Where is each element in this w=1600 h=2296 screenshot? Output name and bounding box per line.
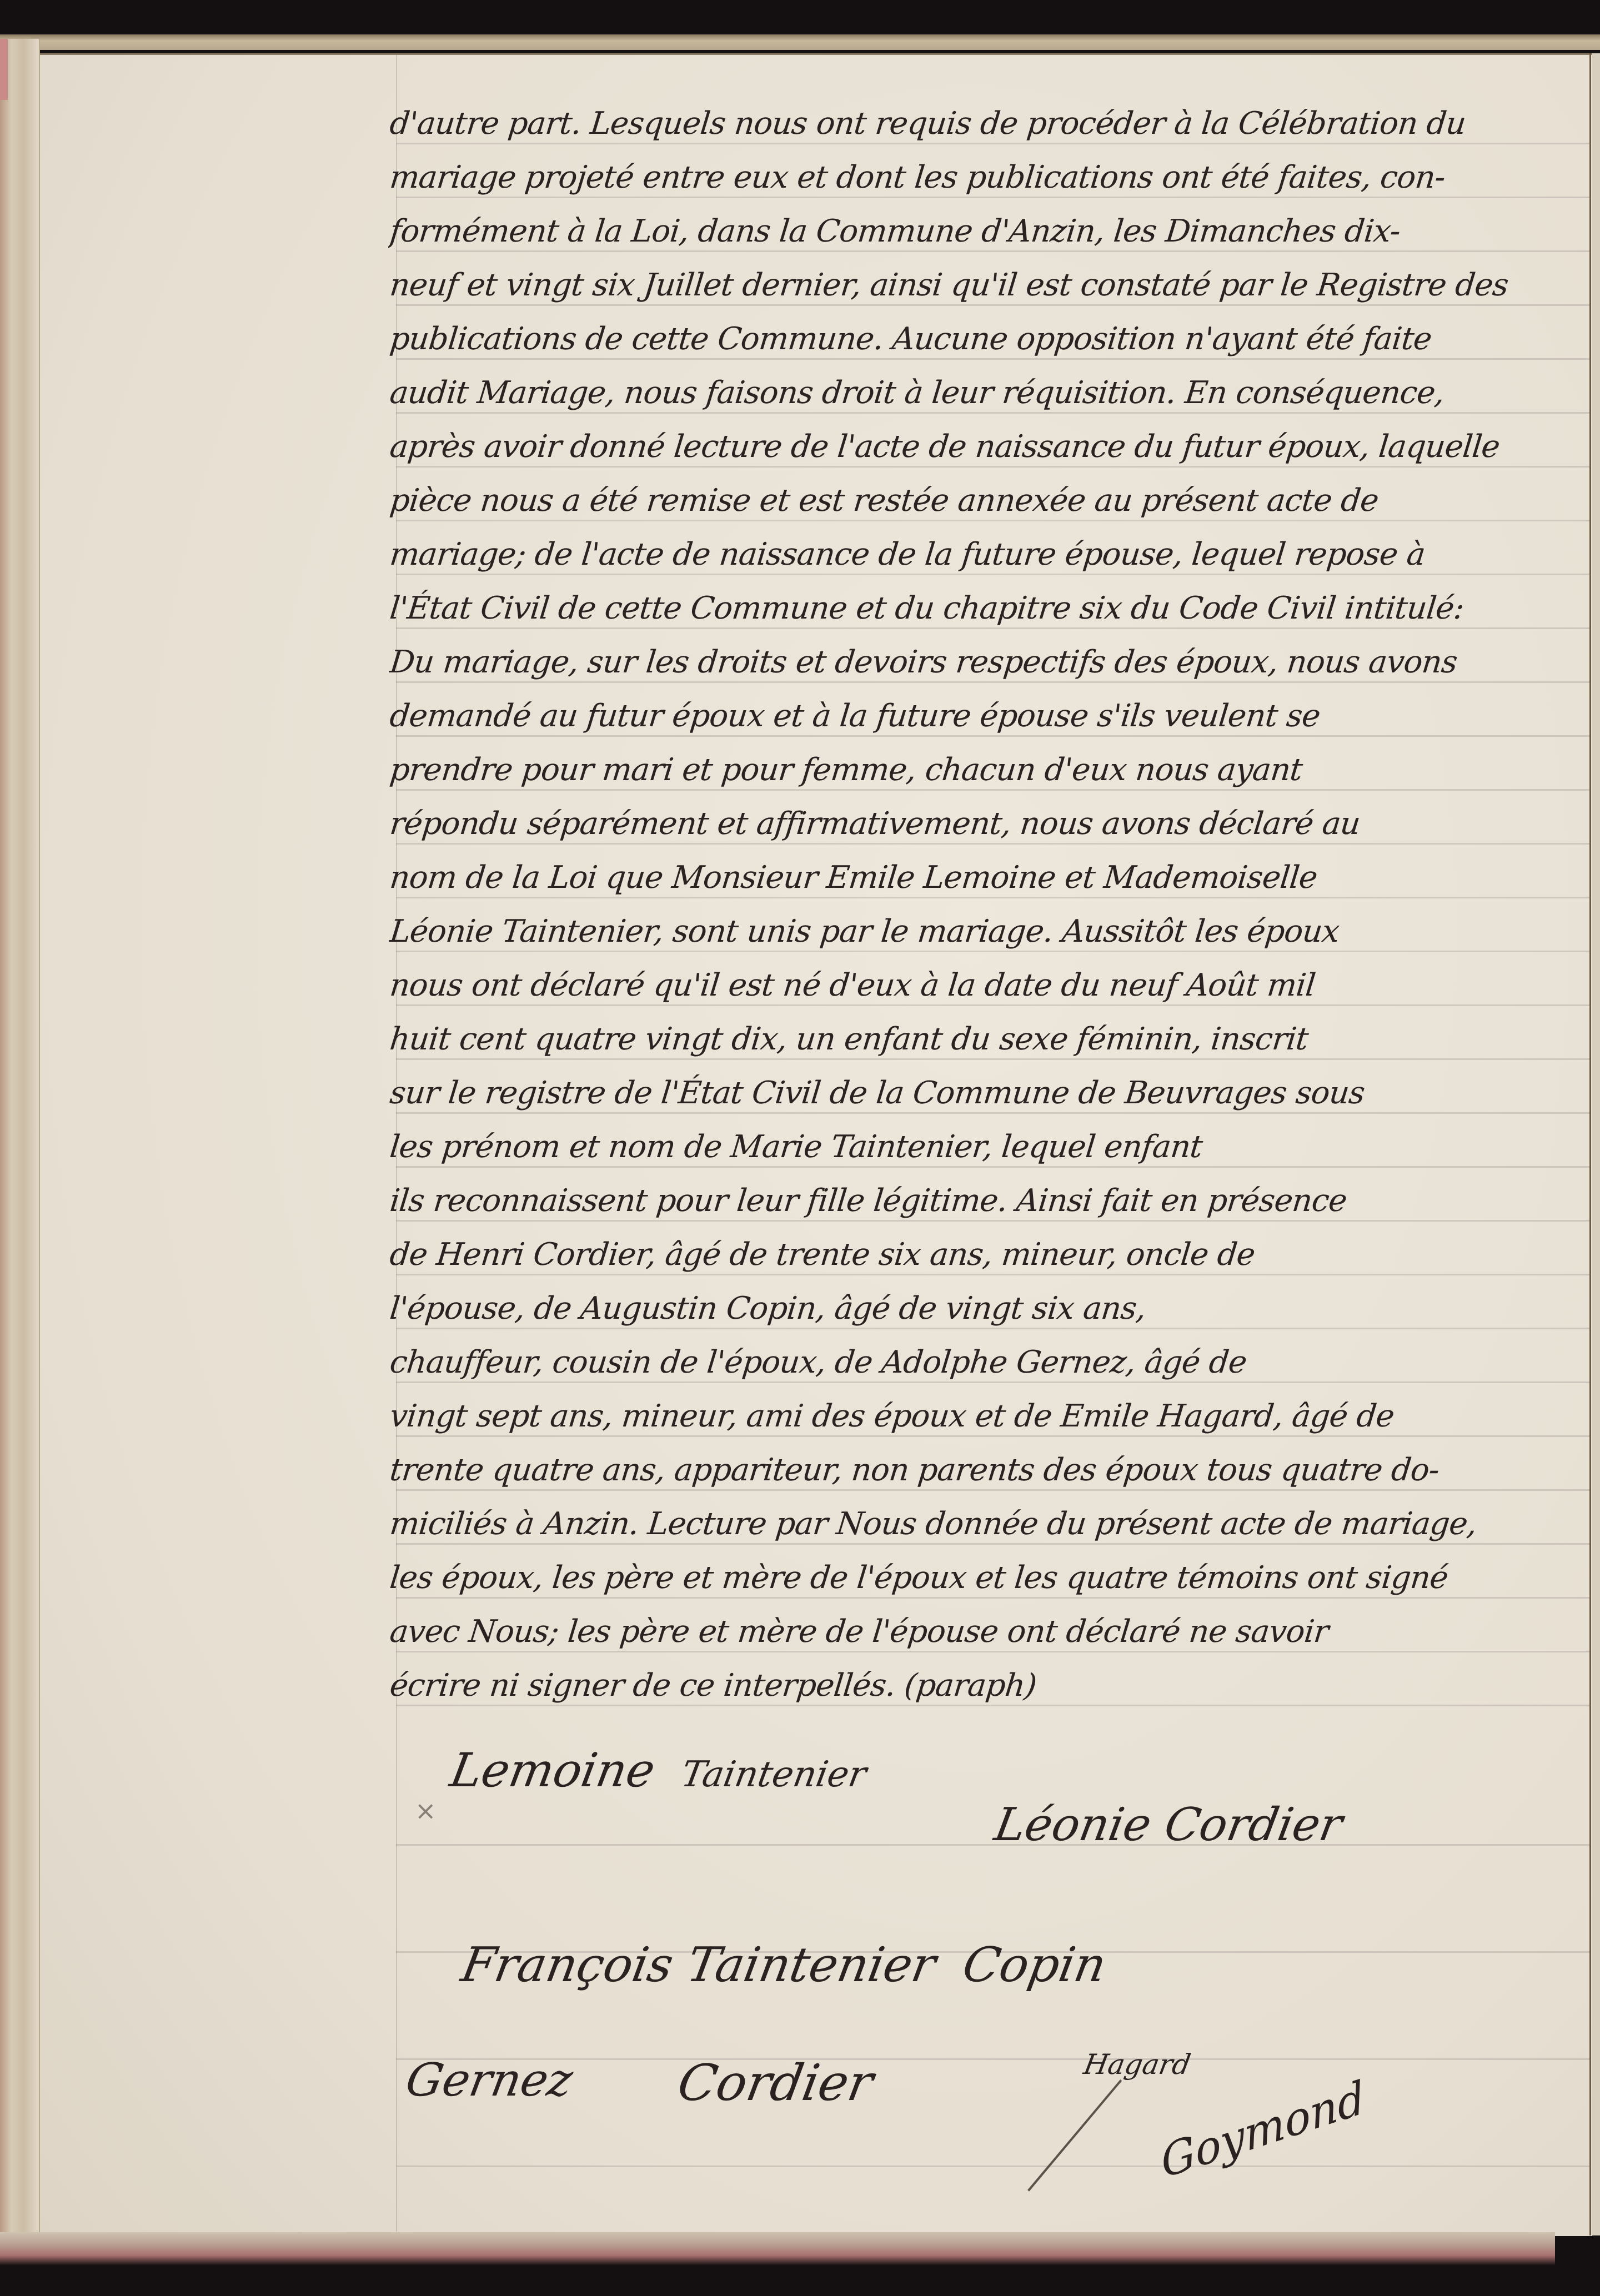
book-top-edge	[0, 34, 1600, 50]
signature-groom: Lemoine Taintenier	[446, 1743, 871, 1797]
officer-paraph	[1027, 2079, 1126, 2195]
signature-text: François Taintenier	[457, 1937, 940, 1993]
signature-text: Taintenier	[678, 1754, 869, 1795]
text-line: nous ont déclaré qu'il est né d'eux à la…	[387, 958, 1592, 1012]
text-line: mariage projeté entre eux et dont les pu…	[387, 150, 1592, 204]
text-line: avec Nous; les père et mère de l'épouse …	[387, 1605, 1592, 1659]
text-line: neuf et vingt six Juillet dernier, ainsi…	[387, 258, 1592, 312]
text-line: l'épouse, de Augustin Copin, âgé de ving…	[387, 1282, 1592, 1335]
signature-bride: Léonie Cordier	[991, 1798, 1346, 1851]
margin-cross-mark: ×	[415, 1796, 437, 1826]
signature-officer: Goymond	[1158, 2071, 1368, 2188]
text-line: de Henri Cordier, âgé de trente six ans,…	[387, 1228, 1592, 1282]
text-line: les époux, les père et mère de l'époux e…	[387, 1551, 1592, 1605]
book-binding-left	[0, 39, 40, 2238]
text-line: après avoir donné lecture de l'acte de n…	[387, 420, 1592, 474]
text-line: d'autre part. Lesquels nous ont requis d…	[387, 97, 1592, 150]
register-page: d'autre part. Lesquels nous ont requis d…	[40, 53, 1592, 2236]
text-line: Du mariage, sur les droits et devoirs re…	[387, 635, 1592, 689]
signature-witness-hagard: Hagard	[1081, 2048, 1193, 2081]
next-page-edge	[1591, 53, 1600, 2235]
signature-father-and-witness: François Taintenier Copin	[457, 1937, 1110, 1993]
text-line: mariage; de l'acte de naissance de la fu…	[387, 527, 1592, 581]
text-line: les prénom et nom de Marie Taintenier, l…	[387, 1120, 1592, 1174]
text-line: sur le registre de l'État Civil de la Co…	[387, 1066, 1592, 1120]
text-line: ils reconnaissent pour leur fille légiti…	[387, 1174, 1592, 1228]
text-line: écrire ni signer de ce interpellés. (par…	[387, 1659, 1592, 1712]
act-body-text: d'autre part. Lesquels nous ont requis d…	[387, 97, 1587, 1712]
text-line: audit Mariage, nous faisons droit à leur…	[387, 366, 1592, 420]
text-line: formément à la Loi, dans la Commune d'An…	[387, 204, 1592, 258]
signature-witness-cordier: Cordier	[674, 2054, 877, 2112]
text-line: huit cent quatre vingt dix, un enfant du…	[387, 1012, 1592, 1066]
signature-witness-gernez: Gernez	[402, 2054, 577, 2107]
text-line: publications de cette Commune. Aucune op…	[387, 312, 1592, 366]
signature-text: Copin	[959, 1937, 1110, 1993]
text-line: nom de la Loi que Monsieur Emile Lemoine…	[387, 851, 1592, 905]
text-line: l'État Civil de cette Commune et du chap…	[387, 581, 1592, 635]
text-line: vingt sept ans, mineur, ami des époux et…	[387, 1389, 1592, 1443]
binding-pink-edge	[0, 39, 8, 100]
ruled-line	[396, 2166, 1590, 2167]
text-line: répondu séparément et affirmativement, n…	[387, 797, 1592, 851]
signature-text: Lemoine	[446, 1743, 659, 1797]
text-line: demandé au futur époux et à la future ép…	[387, 689, 1592, 743]
book-bottom-edge	[0, 2232, 1555, 2265]
text-line: trente quatre ans, appariteur, non paren…	[387, 1443, 1592, 1497]
text-line: pièce nous a été remise et est restée an…	[387, 474, 1592, 527]
text-line: prendre pour mari et pour femme, chacun …	[387, 743, 1592, 797]
text-line: chauffeur, cousin de l'époux, de Adolphe…	[387, 1335, 1592, 1389]
text-line: miciliés à Anzin. Lecture par Nous donné…	[387, 1497, 1592, 1551]
page-fold-line	[1589, 53, 1591, 2235]
text-line: Léonie Taintenier, sont unis par le mari…	[387, 905, 1592, 958]
